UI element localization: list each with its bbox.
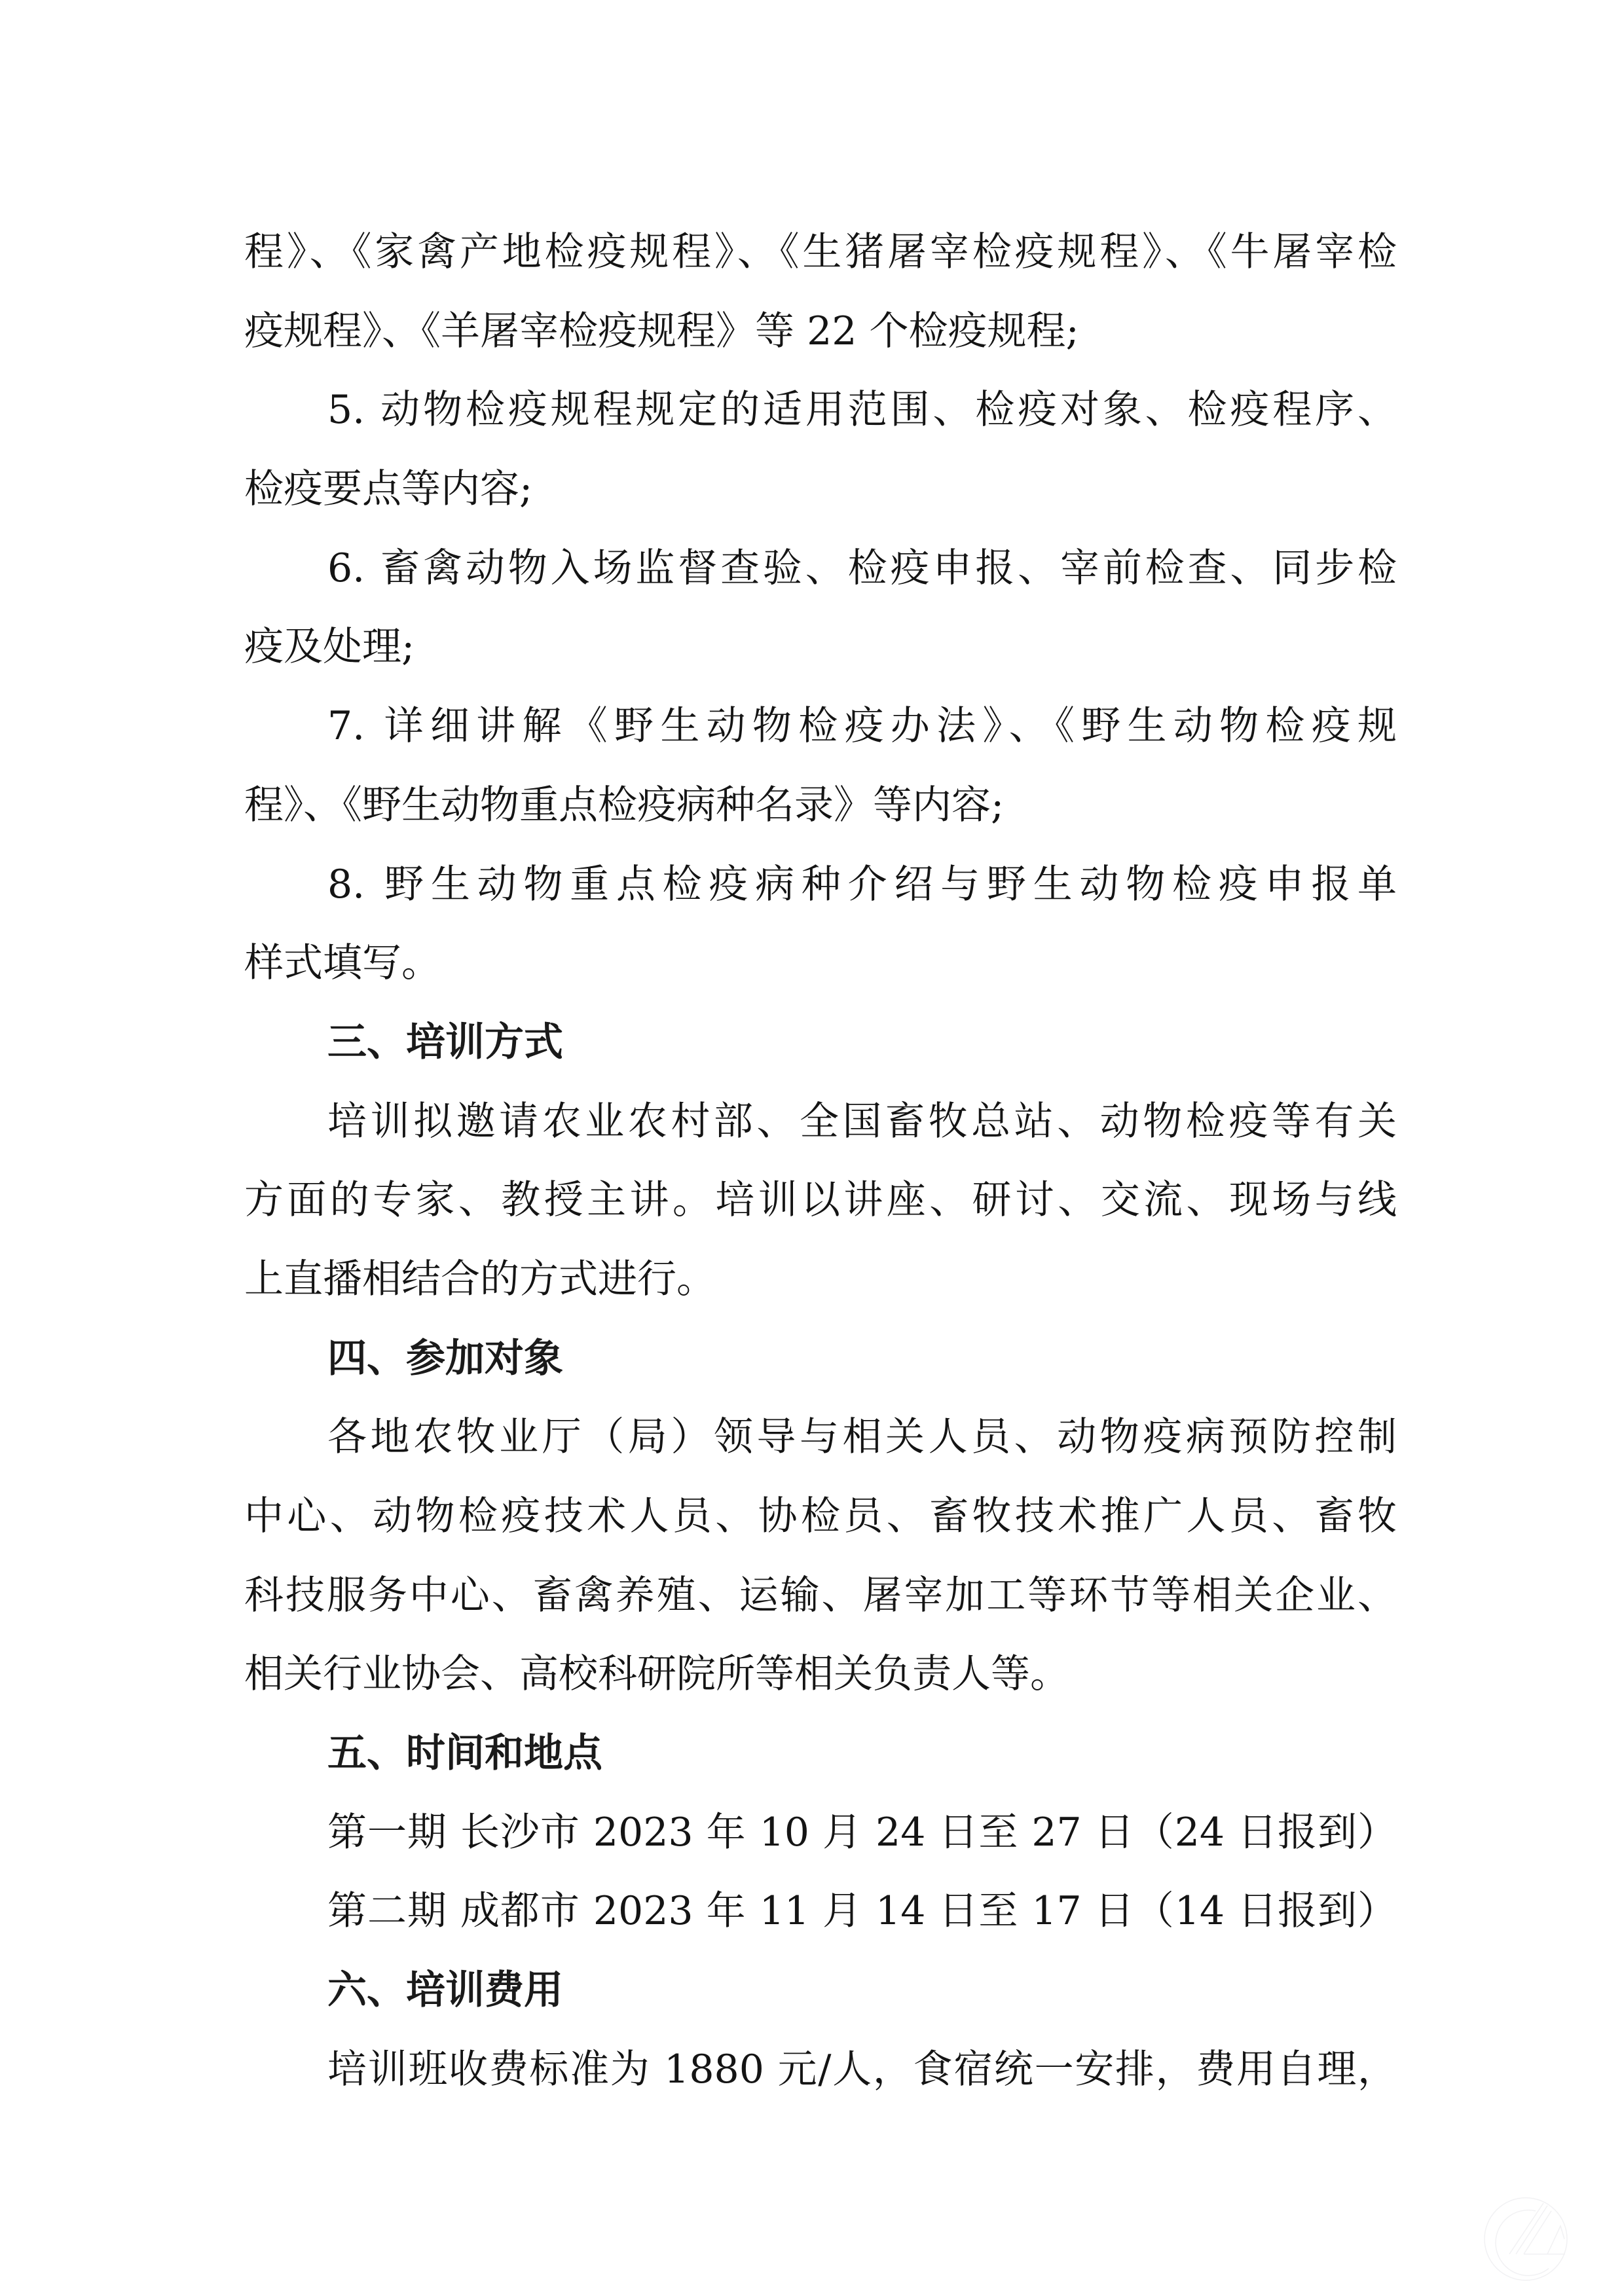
list-item-5: 5. 动物检疫规程规定的适用范围、检疫对象、检疫程序、	[327, 384, 1397, 436]
section-heading-training-fee: 六、培训费用	[327, 1964, 1397, 2016]
body-line: 相关行业协会、高校科研院所等相关负责人等。	[244, 1648, 1397, 1700]
body-line: 上直播相结合的方式进行。	[244, 1253, 1397, 1305]
section-heading-time-and-place: 五、时间和地点	[327, 1727, 1397, 1779]
body-line: 培训拟邀请农业农村部、全国畜牧总站、动物检疫等有关	[327, 1095, 1397, 1148]
body-line: 程》、《家禽产地检疫规程》、《生猪屠宰检疫规程》、《牛屠宰检	[244, 226, 1397, 278]
body-line: 方面的专家、教授主讲。培训以讲座、研讨、交流、现场与线	[244, 1174, 1397, 1226]
section-heading-participants: 四、参加对象	[327, 1332, 1397, 1385]
body-line: 科技服务中心、畜禽养殖、运输、屠宰加工等环节等相关企业、	[244, 1569, 1397, 1622]
body-line: 程》、《野生动物重点检疫病种名录》等内容;	[244, 779, 1397, 831]
body-line: 各地农牧业厅（局）领导与相关人员、动物疫病预防控制	[327, 1411, 1397, 1463]
section-heading-training-method: 三、培训方式	[327, 1016, 1397, 1068]
list-item-7: 7. 详细讲解《野生动物检疫办法》、《野生动物检疫规	[327, 700, 1397, 752]
document-page: 程》、《家禽产地检疫规程》、《生猪屠宰检疫规程》、《牛屠宰检 疫规程》、《羊屠宰…	[0, 0, 1624, 2296]
body-line: 检疫要点等内容;	[244, 463, 1397, 515]
body-line: 培训班收费标准为 1880 元/人，食宿统一安排，费用自理，	[327, 2043, 1397, 2096]
session-line-2: 第二期 成都市 2023 年 11 月 14 日至 17 日（14 日报到）	[327, 1885, 1397, 1937]
body-line: 疫及处理;	[244, 621, 1397, 673]
list-item-8: 8. 野生动物重点检疫病种介绍与野生动物检疫申报单	[327, 858, 1397, 911]
session-line-1: 第一期 长沙市 2023 年 10 月 24 日至 27 日（24 日报到）	[327, 1806, 1397, 1859]
circular-logo-icon	[1483, 2196, 1568, 2282]
body-line: 样式填写。	[244, 937, 1397, 989]
list-item-6: 6. 畜禽动物入场监督查验、检疫申报、宰前检查、同步检	[327, 542, 1397, 594]
body-line: 中心、动物检疫技术人员、协检员、畜牧技术推广人员、畜牧	[244, 1490, 1397, 1542]
body-line: 疫规程》、《羊屠宰检疫规程》等 22 个检疫规程;	[244, 305, 1397, 357]
